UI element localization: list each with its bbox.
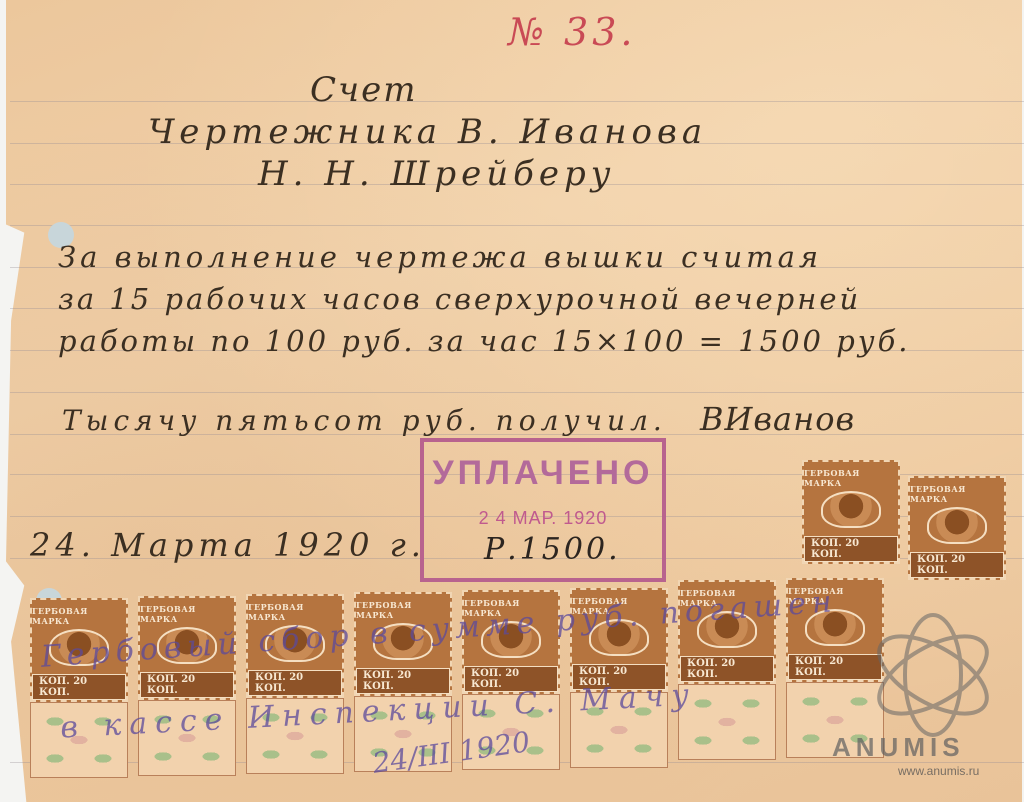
ruled-line (10, 392, 1024, 393)
document-number: № 33. (508, 10, 636, 54)
body-line-2: за 15 рабочих часов сверхурочной вечерне… (58, 282, 861, 316)
ruled-line (10, 101, 1024, 102)
revenue-stamp-title: ГЕРБОВАЯ МАРКА (32, 606, 126, 626)
revenue-stamp-value: КОП. 20 КОП. (248, 670, 342, 696)
revenue-stamp-title: ГЕРБОВАЯ МАРКА (804, 468, 898, 488)
revenue-stamp-value: КОП. 20 КОП. (804, 536, 898, 562)
revenue-stamp-value: КОП. 20 КОП. (140, 672, 234, 698)
to-line: Н. Н. Шрейберу (258, 154, 615, 194)
watermark-brand: ANUMIS (832, 732, 965, 763)
from-line: Чертежника В. Иванова (148, 112, 707, 152)
document-title: Счет (310, 70, 418, 110)
date-line: 24. Марта 1920 г. (30, 526, 426, 564)
crown-emblem-icon (821, 491, 881, 528)
receipt-line: Тысячу пятьсот руб. получил. (62, 404, 667, 437)
revenue-stamp-title: ГЕРБОВАЯ МАРКА (140, 604, 234, 624)
watermark-url: www.anumis.ru (898, 764, 979, 778)
revenue-stamp-title: ГЕРБОВАЯ МАРКА (910, 484, 1004, 504)
revenue-stamp-value: КОП. 20 КОП. (910, 552, 1004, 578)
signature: ВИванов (700, 400, 855, 438)
ruled-line (10, 225, 1024, 226)
revenue-stamp: ГЕРБОВАЯ МАРКАКОП. 20 КОП. (908, 476, 1006, 580)
body-line-1: За выполнение чертежа вышки считая (58, 240, 822, 274)
paid-stamp-amount: Р.1500. (484, 532, 621, 567)
paid-stamp-date: 2 4 МАР. 1920 (424, 508, 662, 529)
anumis-logo-icon (868, 610, 998, 740)
paid-stamp-title: УПЛАЧЕНО (424, 454, 662, 493)
crown-emblem-icon (927, 507, 987, 544)
revenue-stamp: ГЕРБОВАЯ МАРКАКОП. 20 КОП. (802, 460, 900, 564)
body-line-3: работы по 100 руб. за час 15×100 = 1500 … (58, 324, 911, 358)
revenue-stamp-value: КОП. 20 КОП. (32, 674, 126, 700)
paid-stamp: УПЛАЧЕНО 2 4 МАР. 1920 Р.1500. (420, 438, 666, 582)
